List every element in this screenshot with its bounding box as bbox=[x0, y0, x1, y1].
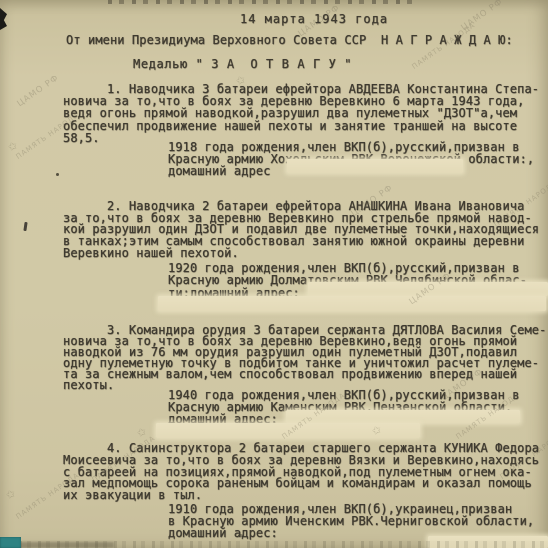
corner-color-patch bbox=[0, 537, 21, 548]
cutoff-header-line bbox=[108, 0, 414, 4]
torn-edge-mark bbox=[0, 8, 7, 30]
redaction-block bbox=[158, 296, 546, 311]
page-bottom-blotch bbox=[18, 542, 114, 548]
redaction-block bbox=[287, 159, 463, 173]
award-document-scan: 14 марта 1943 года От имени Президиума В… bbox=[0, 0, 548, 548]
entry-4-bio: 1910 года рождения,член ВКП(б),украинец,… bbox=[168, 503, 534, 540]
ink-speck bbox=[238, 534, 243, 537]
ink-speck bbox=[56, 173, 59, 176]
archive-watermark: ЦАМО РФ bbox=[16, 73, 62, 109]
watermark-star-icon: ✩ bbox=[4, 487, 17, 502]
medal-title-line: Медалью " З А О Т В А Г У " bbox=[133, 57, 352, 71]
ink-speck bbox=[23, 222, 27, 231]
entry-1-citation: 1. Наводчика 3 батареи ефрейтора АВДЕЕВА… bbox=[63, 83, 539, 144]
entry-2-citation: 2. Наводчика 2 батареи ефрейтора АНАШКИН… bbox=[63, 201, 539, 260]
